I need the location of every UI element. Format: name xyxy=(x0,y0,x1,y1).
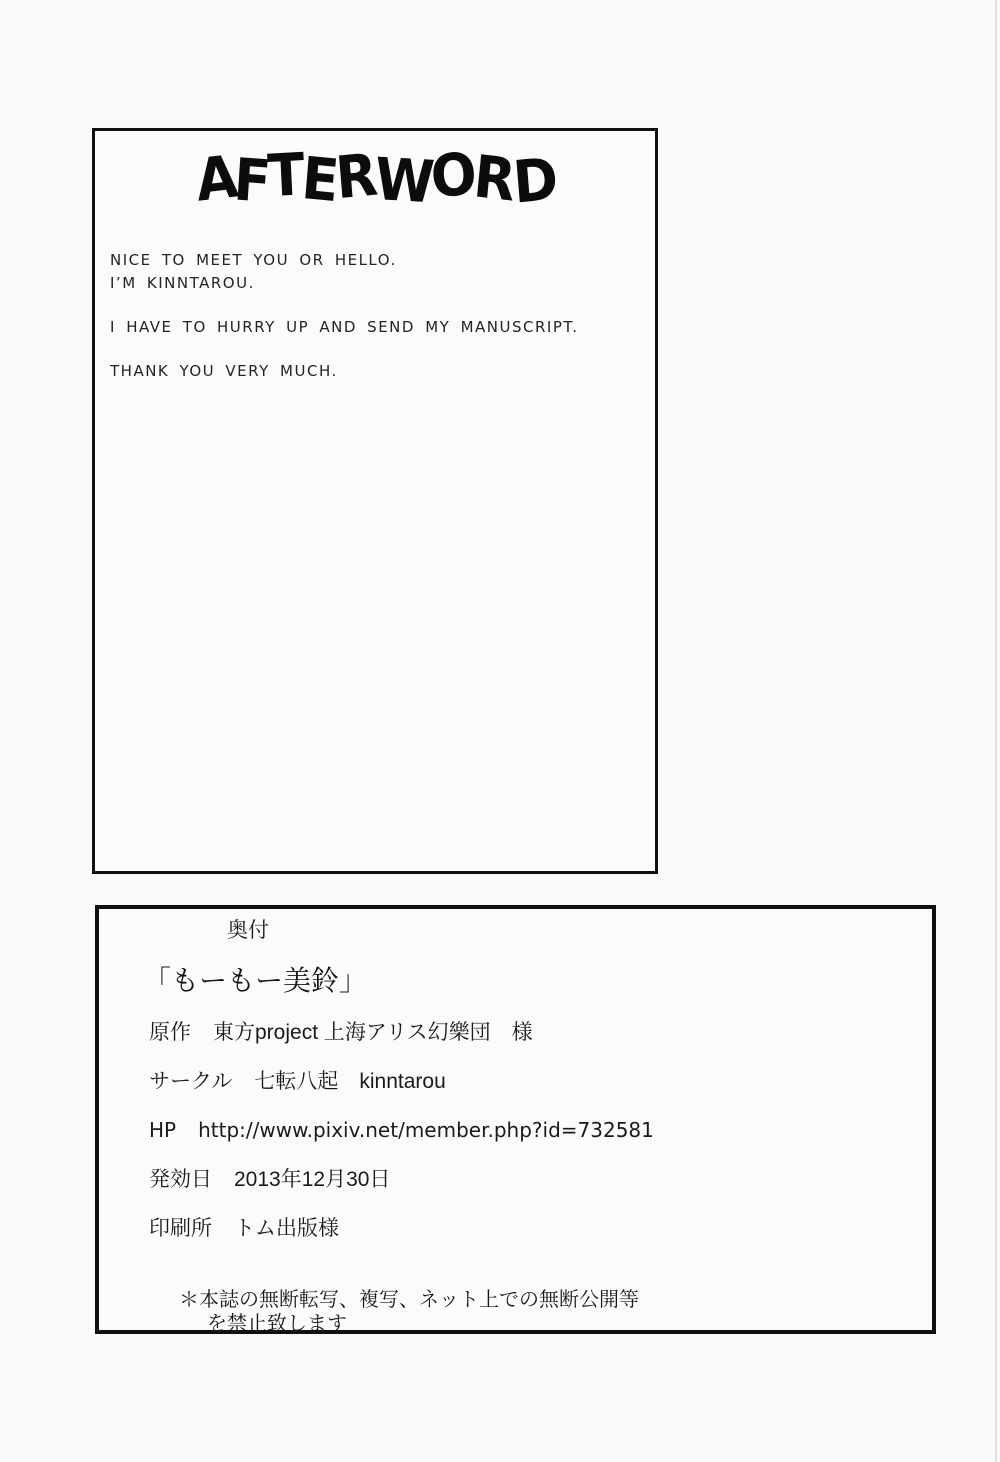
row-label: 印刷所 xyxy=(149,1215,212,1242)
disclaimer-line: ＊本誌の無断転写、複写、ネット上での無断公開等 xyxy=(99,1288,932,1312)
row-value: 東方project 上海アリス幻樂団 様 xyxy=(213,1021,533,1044)
afterword-text-line: THANK YOU VERY MUCH. xyxy=(110,360,655,383)
row-label: 原作 xyxy=(149,1019,191,1046)
row-value: 七転八起 kinntarou xyxy=(254,1070,445,1093)
row-label: HP xyxy=(149,1117,176,1144)
colophon-row-original-work: 原作東方project 上海アリス幻樂団 様 xyxy=(149,1019,932,1046)
afterword-panel: AFTERWORD NICE TO MEET YOU OR HELLO. I’M… xyxy=(92,128,658,874)
row-label: サークル xyxy=(149,1068,232,1095)
colophon-row-issue-date: 発効日2013年12月30日 xyxy=(149,1166,932,1193)
disclaimer-line: を禁止致します xyxy=(99,1312,932,1336)
afterword-paragraph: THANK YOU VERY MUCH. xyxy=(110,360,655,383)
reproduction-disclaimer: ＊本誌の無断転写、複写、ネット上での無断公開等 を禁止致します xyxy=(99,1288,932,1336)
issue-date: 2013年12月30日 xyxy=(234,1168,390,1191)
afterword-text-line: NICE TO MEET YOU OR HELLO. xyxy=(110,249,655,272)
book-title: 「もーもー美鈴」 xyxy=(143,965,932,997)
colophon-row-printer: 印刷所トム出版様 xyxy=(149,1215,932,1242)
afterword-paragraph: I HAVE TO HURRY UP AND SEND MY MANUSCRIP… xyxy=(110,316,655,339)
homepage-url: http://www.pixiv.net/member.php?id=73258… xyxy=(198,1118,654,1142)
afterword-title: AFTERWORD xyxy=(95,147,655,210)
afterword-text-line: I’M KINNTAROU. xyxy=(110,272,655,295)
afterword-body: NICE TO MEET YOU OR HELLO. I’M KINNTAROU… xyxy=(110,249,655,383)
colophon-panel: 奥付 「もーもー美鈴」 原作東方project 上海アリス幻樂団 様 サークル七… xyxy=(95,905,936,1334)
afterword-paragraph: NICE TO MEET YOU OR HELLO. I’M KINNTAROU… xyxy=(110,249,655,295)
afterword-text-line: I HAVE TO HURRY UP AND SEND MY MANUSCRIP… xyxy=(110,316,655,339)
scan-edge-artifact xyxy=(995,0,997,1462)
colophon-row-circle: サークル七転八起 kinntarou xyxy=(149,1068,932,1095)
row-value: トム出版様 xyxy=(234,1217,339,1240)
colophon-heading: 奥付 xyxy=(227,919,932,943)
scanned-afterword-page: AFTERWORD NICE TO MEET YOU OR HELLO. I’M… xyxy=(0,0,1000,1462)
colophon-row-homepage: HPhttp://www.pixiv.net/member.php?id=732… xyxy=(149,1117,932,1144)
row-label: 発効日 xyxy=(149,1166,212,1193)
